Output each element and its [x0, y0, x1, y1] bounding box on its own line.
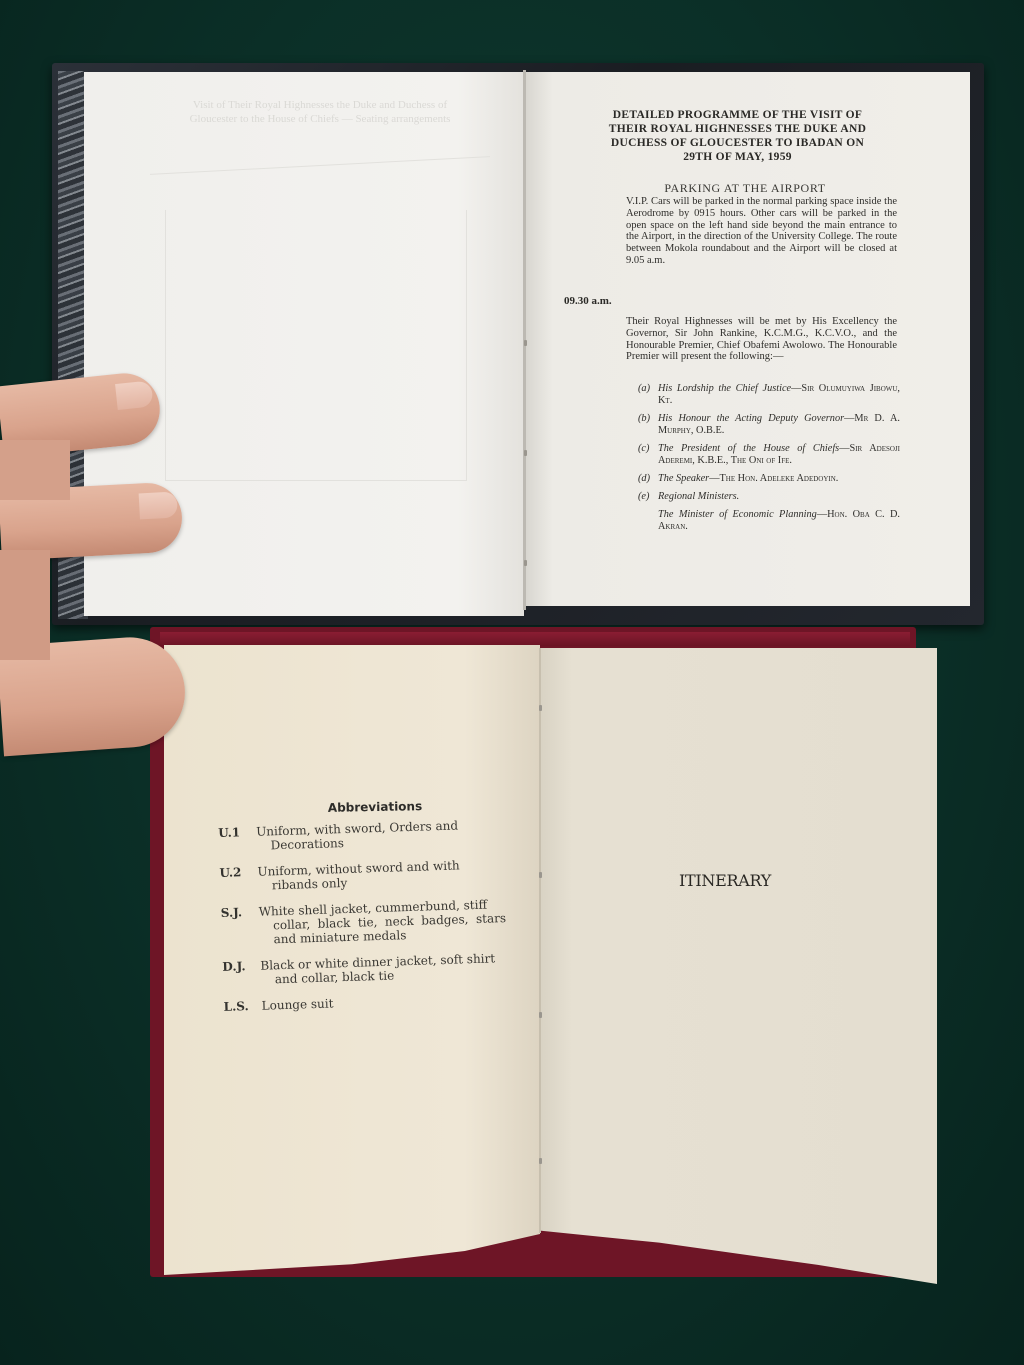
list-item: S.J. White shell jacket, cummerbund, sti…: [221, 897, 507, 948]
list-item: (c) The President of the House of Chiefs…: [638, 443, 900, 467]
binding-stitch: [539, 1012, 542, 1018]
binding-stitch: [539, 872, 542, 878]
binding-stitch: [539, 1158, 542, 1164]
fingernail: [115, 380, 154, 410]
binding-stitch: [539, 705, 542, 711]
presentation-list: (a) His Lordship the Chief Justice—Sir O…: [638, 383, 900, 533]
section-heading-parking: PARKING AT THE AIRPORT: [560, 181, 930, 196]
show-through-seating-diagram: [165, 210, 467, 481]
list-item-sub: The Minister of Economic Planning—Hon. O…: [638, 509, 900, 533]
show-through-itinerary-text: [560, 680, 890, 702]
fingernail: [139, 491, 178, 519]
list-item: D.J. Black or white dinner jacket, soft …: [222, 951, 508, 988]
parking-paragraph: V.I.P. Cars will be parked in the normal…: [626, 196, 897, 267]
arrival-paragraph: Their Royal Highnesses will be met by Hi…: [626, 316, 897, 363]
bottom-right-page: [540, 648, 937, 1284]
binding-stitch: [524, 340, 527, 346]
itinerary-title: ITINERARY: [640, 871, 810, 890]
list-item: (a) His Lordship the Chief Justice—Sir O…: [638, 383, 900, 407]
list-item: (e) Regional Ministers.: [638, 491, 900, 503]
abbreviations-list: U.1 Uniform, with sword, Orders andDecor…: [218, 817, 509, 1026]
hand-palm: [0, 440, 70, 500]
bottom-booklet-spine: [539, 648, 541, 1233]
bottom-cover-edge: [160, 632, 910, 646]
binding-stitch: [524, 560, 527, 566]
list-item: L.S. Lounge suit: [223, 991, 508, 1014]
list-item: (b) His Honour the Acting Deputy Governo…: [638, 413, 900, 437]
hand-palm: [0, 550, 50, 660]
show-through-text: Visit of Their Royal Highnesses the Duke…: [180, 98, 460, 126]
time-entry: 09.30 a.m.: [564, 295, 612, 307]
binding-stitch: [524, 450, 527, 456]
list-item: (d) The Speaker—The Hon. Adeleke Adedoyi…: [638, 473, 900, 485]
programme-title: DETAILED PROGRAMME OF THE VISIT OF THEIR…: [560, 108, 915, 164]
list-item: U.2 Uniform, without sword and withriban…: [219, 857, 505, 894]
